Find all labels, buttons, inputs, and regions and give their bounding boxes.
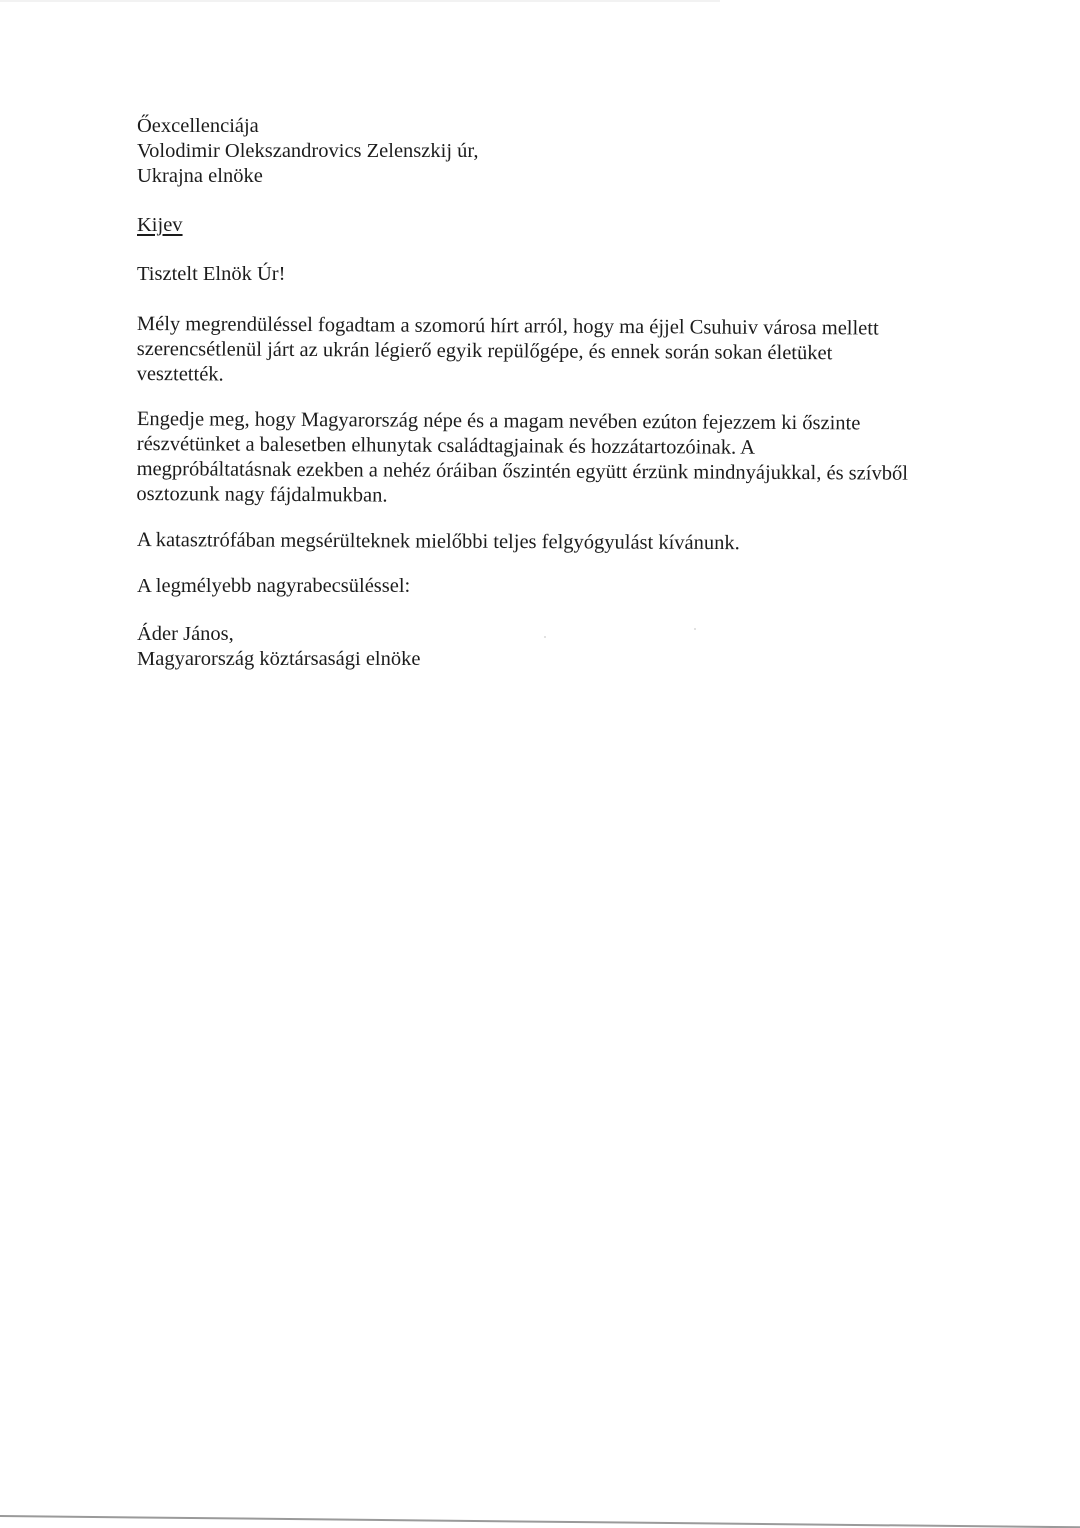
- page-top-edge: [0, 0, 720, 2]
- addressee-honorific: Őexcellenciája: [137, 114, 967, 139]
- signature-name: Áder János,: [137, 622, 967, 647]
- paragraph-line: osztozunk nagy fájdalmukban.: [136, 482, 966, 512]
- addressee-block: Őexcellenciája Volodimir Olekszandrovics…: [137, 114, 967, 189]
- addressee-name: Volodimir Olekszandrovics Zelenszkij úr,: [137, 139, 967, 164]
- page-bottom-edge: [0, 1515, 1080, 1528]
- paragraph-recovery-wish: A katasztrófában megsérülteknek mielőbbi…: [137, 528, 967, 557]
- scan-speck: [544, 636, 546, 638]
- paragraph-condolence-news: Mély megrendüléssel fogadtam a szomorú h…: [137, 312, 967, 392]
- paragraph-sympathy: Engedje meg, hogy Magyarország népe és a…: [136, 407, 967, 512]
- city: Kijev: [137, 213, 967, 238]
- addressee-title: Ukrajna elnöke: [137, 164, 967, 189]
- closing: A legmélyebb nagyrabecsüléssel:: [137, 574, 967, 599]
- paragraph-line: szerencsétlenül járt az ukrán légierő eg…: [137, 337, 967, 367]
- paragraph-line: vesztették.: [137, 362, 967, 392]
- salutation: Tisztelt Elnök Úr!: [137, 262, 967, 287]
- paragraph-line: A katasztrófában megsérülteknek mielőbbi…: [137, 528, 967, 557]
- signature-title: Magyarország köztársasági elnöke: [137, 647, 967, 672]
- scan-speck: [694, 628, 696, 630]
- signature-block: Áder János, Magyarország köztársasági el…: [137, 622, 967, 672]
- letter: Őexcellenciája Volodimir Olekszandrovics…: [137, 114, 967, 672]
